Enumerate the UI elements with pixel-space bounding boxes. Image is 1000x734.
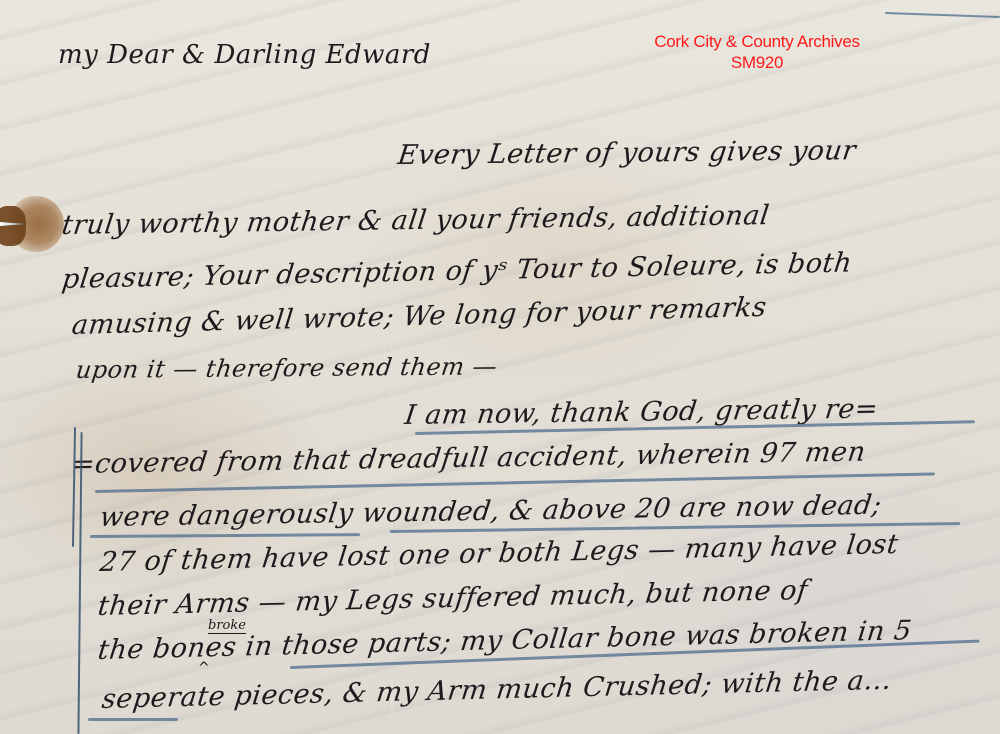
archive-watermark: Cork City & County Archives SM920	[632, 31, 882, 73]
archive-institution: Cork City & County Archives	[632, 31, 882, 52]
inserted-word: broke	[208, 618, 246, 634]
letter-line-1: Every Letter of yours gives your	[396, 135, 858, 171]
blue-pencil-underline	[88, 718, 178, 721]
rust-stain-edge	[0, 206, 26, 246]
archive-reference: SM920	[632, 52, 882, 73]
salutation: my Dear & Darling Edward	[58, 40, 431, 70]
letter-line-5: upon it — therefore send them —	[74, 352, 499, 384]
insertion-caret-icon: ^	[198, 660, 210, 676]
